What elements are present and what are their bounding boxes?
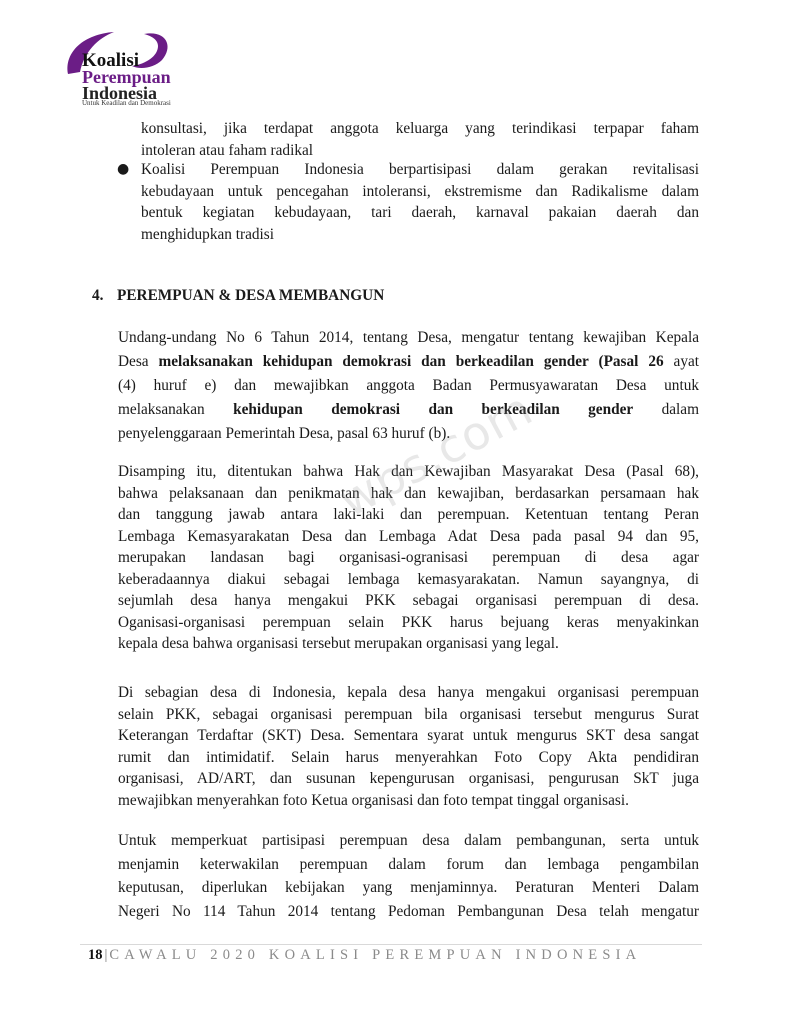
text-line: Di sebagian desa di Indonesia, kepala de… xyxy=(118,682,699,704)
bold-text-run: melaksanakan kehidupan demokrasi dan ber… xyxy=(159,353,664,370)
page-footer: 18|CAWALU 2020 KOALISI PEREMPUAN INDONES… xyxy=(88,947,641,964)
text-line: menghidupkan tradisi xyxy=(141,224,699,246)
text-line: rumit dan intimidatif. Selain harus meny… xyxy=(118,747,699,769)
text-line: Oganisasi-organisasi perempuan selain PK… xyxy=(118,612,699,634)
text-line: keberadaannya diakui sebagai lembaga kem… xyxy=(118,569,699,591)
text-line: Disamping itu, ditentukan bahwa Hak dan … xyxy=(118,461,699,483)
paragraph-hak-kewajiban: Disamping itu, ditentukan bahwa Hak dan … xyxy=(118,461,699,655)
text-line: konsultasi, jika terdapat anggota keluar… xyxy=(141,118,699,140)
section-number: 4. xyxy=(92,287,117,305)
text-line: keputusan, diperlukan kebijakan yang men… xyxy=(118,876,699,900)
footer-separator: | xyxy=(105,947,108,963)
text-line: penyelenggaraan Pemerintah Desa, pasal 6… xyxy=(118,422,699,446)
text-line: Desa melaksanakan kehidupan demokrasi da… xyxy=(118,350,699,374)
text-line: Lembaga Kemasyarakatan Desa dan Lembaga … xyxy=(118,526,699,548)
text-line: melaksanakan kehidupan demokrasi dan ber… xyxy=(118,398,699,422)
paragraph-partisipasi: Untuk memperkuat partisipasi perempuan d… xyxy=(118,829,699,923)
footer-title: CAWALU 2020 KOALISI PEREMPUAN INDONESIA xyxy=(109,947,641,963)
text-line: organisasi, AD/ART, dan susunan kepengur… xyxy=(118,768,699,790)
text-line: Untuk memperkuat partisipasi perempuan d… xyxy=(118,829,699,853)
text-run: dalam xyxy=(633,401,699,418)
text-line: intoleran atau faham radikal xyxy=(141,140,699,162)
text-run: ayat xyxy=(664,353,699,370)
section-heading: 4.PEREMPUAN & DESA MEMBANGUN xyxy=(92,287,384,305)
text-line: bahwa pelaksanaan dan penikmatan hak dan… xyxy=(118,483,699,505)
text-line: merupakan landasan bagi organisasi-ogran… xyxy=(118,547,699,569)
text-run: melaksanakan xyxy=(118,401,233,418)
bold-text-run: kehidupan demokrasi dan berkeadilan gend… xyxy=(233,401,633,418)
bullet-list-item: Koalisi Perempuan Indonesia berpartisipa… xyxy=(141,159,699,245)
text-line: selain PKK, sebagai organisasi perempuan… xyxy=(118,704,699,726)
text-line: Undang-undang No 6 Tahun 2014, tentang D… xyxy=(118,326,699,350)
page-number: 18 xyxy=(88,947,103,963)
text-line: sejumlah desa hanya mengakui PKK sebagai… xyxy=(118,590,699,612)
text-line: kebudayaan untuk pencegahan intoleransi,… xyxy=(141,181,699,203)
text-line: bentuk kegiatan kebudayaan, tari daerah,… xyxy=(141,202,699,224)
footer-divider xyxy=(80,944,702,945)
bullet-continuation-text: konsultasi, jika terdapat anggota keluar… xyxy=(141,118,699,161)
text-line: Koalisi Perempuan Indonesia berpartisipa… xyxy=(141,159,699,181)
text-line: kepala desa bahwa organisasi tersebut me… xyxy=(118,633,699,655)
text-line: menjamin keterwakilan perempuan dalam fo… xyxy=(118,853,699,877)
text-line: Keterangan Terdaftar (SKT) Desa. Sementa… xyxy=(118,725,699,747)
text-line: mewajibkan menyerahkan foto Ketua organi… xyxy=(118,790,699,812)
text-line: dan tanggung jawab antara laki-laki dan … xyxy=(118,504,699,526)
paragraph-skt-desa: Di sebagian desa di Indonesia, kepala de… xyxy=(118,682,699,811)
text-run: Desa xyxy=(118,353,159,370)
bullet-dot-icon: ● xyxy=(117,161,129,177)
text-line: Negeri No 114 Tahun 2014 tentang Pedoman… xyxy=(118,900,699,924)
organization-logo: Koalisi Perempuan Indonesia Untuk Keadil… xyxy=(62,26,192,110)
logo-tagline: Untuk Keadilan dan Demokrasi xyxy=(82,100,171,107)
document-page: Koalisi Perempuan Indonesia Untuk Keadil… xyxy=(0,0,792,1024)
text-line: (4) huruf e) dan mewajibkan anggota Bada… xyxy=(118,374,699,398)
section-title: PEREMPUAN & DESA MEMBANGUN xyxy=(117,287,384,304)
paragraph-uu-desa: Undang-undang No 6 Tahun 2014, tentang D… xyxy=(118,326,699,446)
